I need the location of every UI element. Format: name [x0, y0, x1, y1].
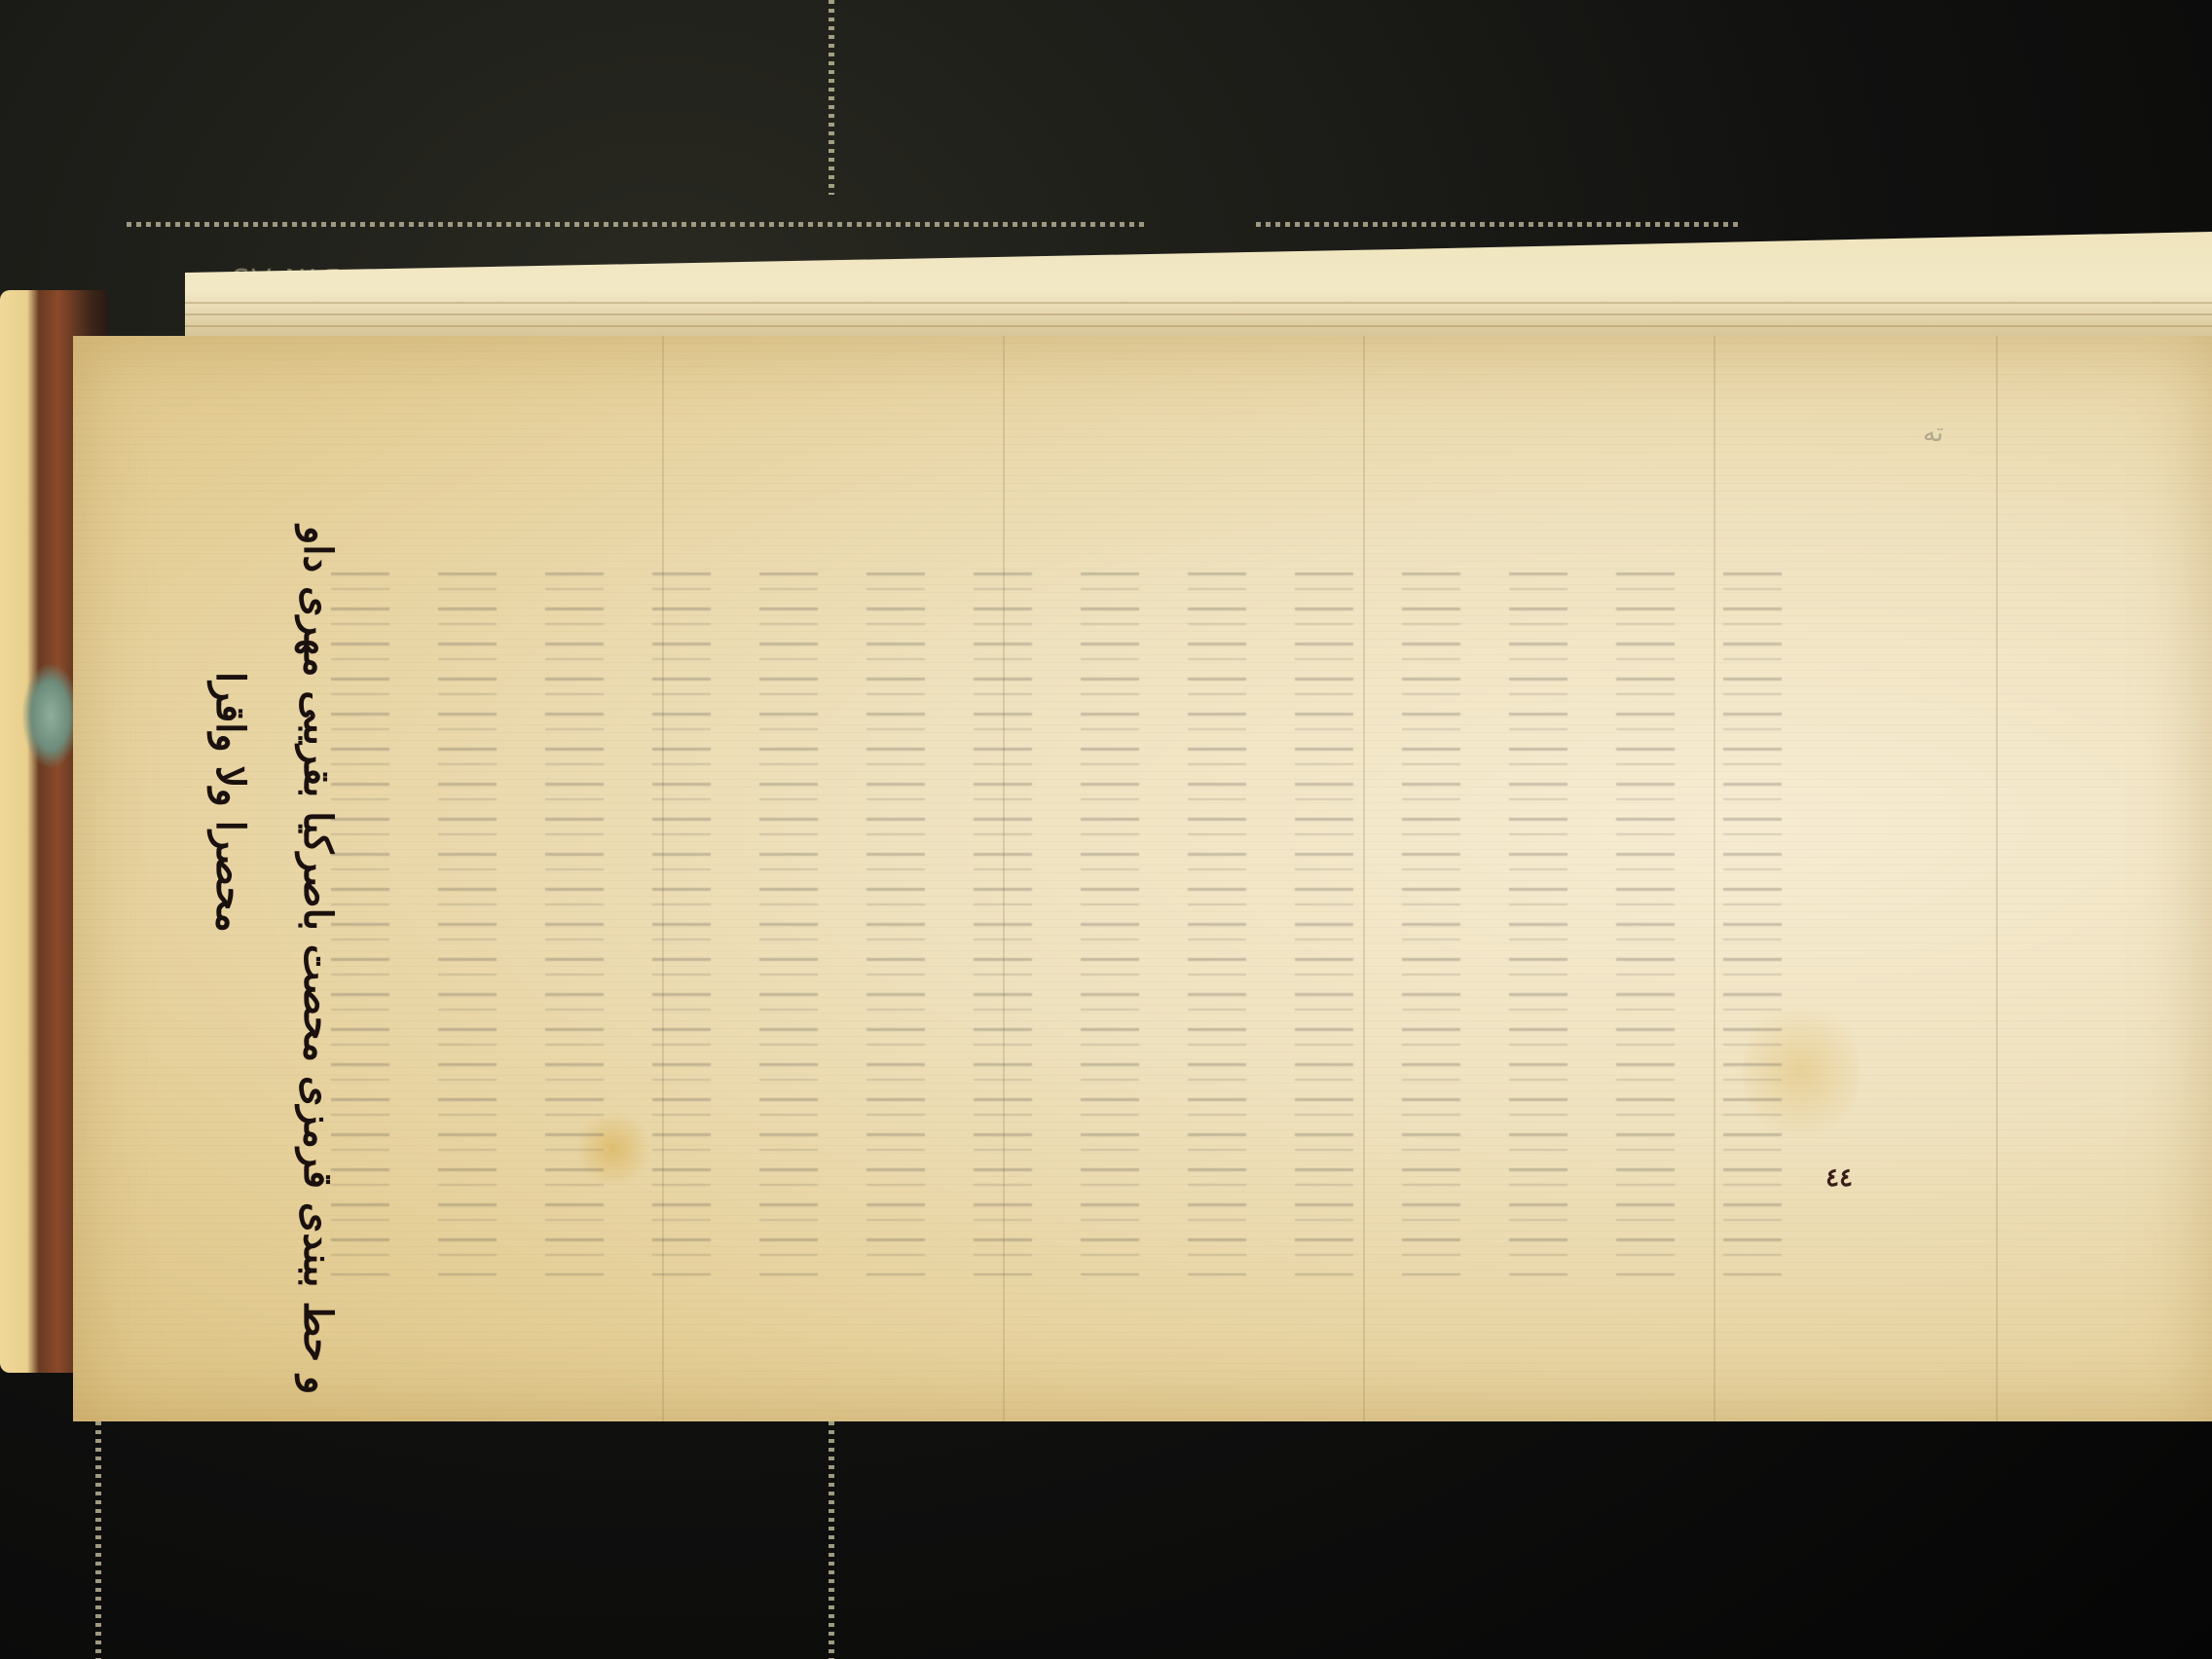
- ink-annotation-line-1: و حط ببندی قرمزی محصت باصرکیا بقریبی مهر…: [295, 526, 341, 1394]
- binding-thread: [21, 662, 80, 769]
- pencil-line: [1616, 555, 1675, 1275]
- pencil-line: [545, 555, 604, 1275]
- corner-pencil-note: ته: [1923, 419, 1943, 448]
- folio-number: ٤٤: [1825, 1163, 1853, 1193]
- pencil-line: [652, 555, 711, 1275]
- mount-seam-horizontal: [127, 222, 1149, 227]
- pencil-line: [866, 555, 925, 1275]
- paper-fold-line: [1996, 336, 1998, 1421]
- ink-annotation-line-2: محصرا ولا واقرا: [207, 672, 253, 933]
- mount-seam-horizontal-right: [1256, 222, 1743, 227]
- pencil-line: [1723, 555, 1782, 1275]
- pencil-line: [1295, 555, 1353, 1275]
- pencil-line: [1509, 555, 1567, 1275]
- pencil-line: [1402, 555, 1460, 1275]
- pencil-line: [974, 555, 1032, 1275]
- mount-seam-left: [95, 1421, 101, 1659]
- pencil-line: [438, 555, 497, 1275]
- mount-seam-top: [829, 0, 834, 195]
- pencil-line: [759, 555, 818, 1275]
- mount-seam-bottom: [829, 1421, 834, 1659]
- pencil-line: [1081, 555, 1139, 1275]
- pencil-line: [1188, 555, 1246, 1275]
- ink-annotation: و حط ببندی قرمزی محصت باصرکیا بقریبی مهر…: [146, 526, 370, 1382]
- faded-pencil-text: [292, 526, 1947, 1305]
